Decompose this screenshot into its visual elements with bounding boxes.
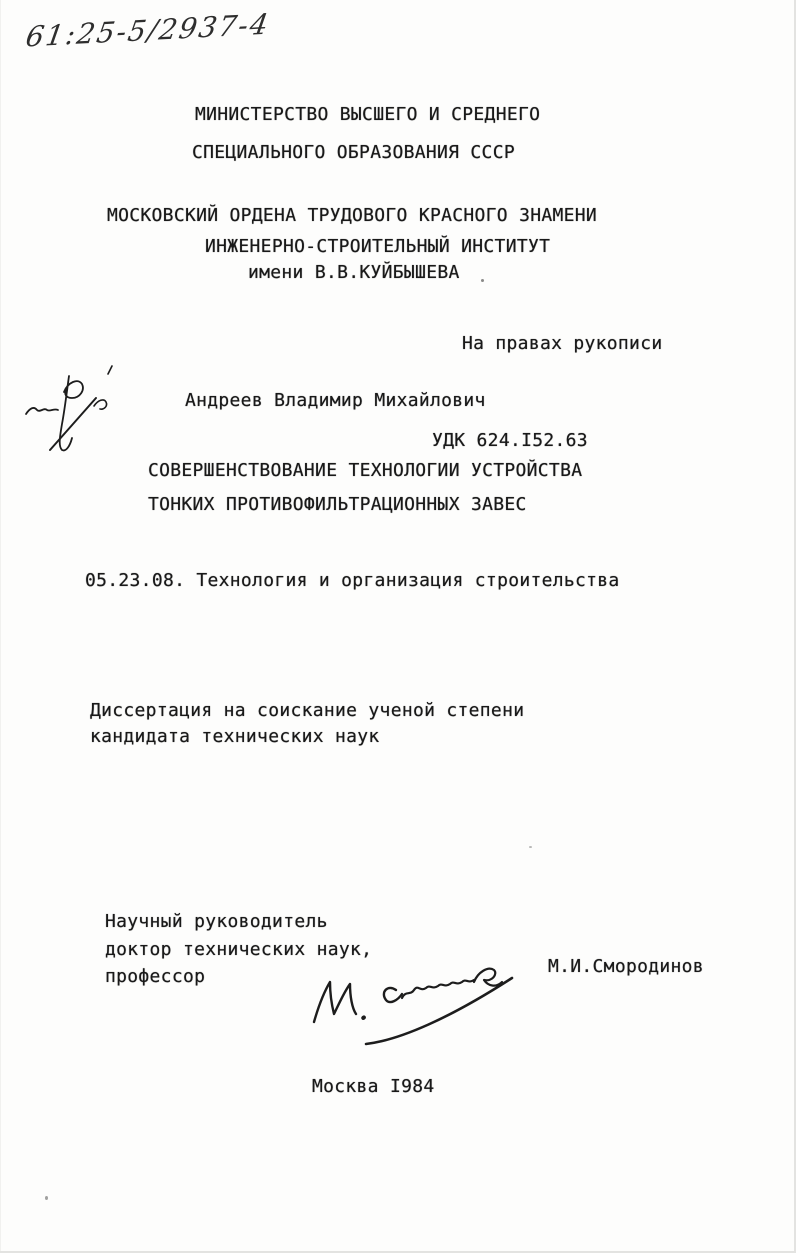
title-line-1: СОВЕРШЕНСТВОВАНИЕ ТЕХНОЛОГИИ УСТРОЙСТВА [148,460,582,482]
author-signature [20,362,130,462]
degree-statement-line-2: кандидата технических наук [90,726,380,748]
ministry-line-2: СПЕЦИАЛЬНОГО ОБРАЗОВАНИЯ СССР [192,142,515,164]
institute-line-1: МОСКОВСКИЙ ОРДЕНА ТРУДОВОГО КРАСНОГО ЗНА… [107,205,597,227]
handwritten-catalog-number: 61:25-5/2937-4 [24,7,273,53]
institute-line-2: ИНЖЕНЕРНО-СТРОИТЕЛЬНЫЙ ИНСТИТУТ [205,236,550,258]
supervisor-line-3: профессор [105,966,205,988]
manuscript-note: На правах рукописи [462,333,662,355]
title-line-2: ТОНКИХ ПРОТИВОФИЛЬТРАЦИОННЫХ ЗАВЕС [148,494,527,516]
scan-speck [529,846,532,848]
scanned-title-page: 61:25-5/2937-4 МИНИСТЕРСТВО ВЫСШЕГО И СР… [0,0,796,1253]
author-name: Андреев Владимир Михайлович [185,390,486,412]
supervisor-name: М.И.Смородинов [548,956,704,978]
udc-code: УДК 624.I52.63 [432,430,588,452]
institute-line-3: имени В.В.КУЙБЫШЕВА [248,262,460,284]
supervisor-line-1: Научный руководитель [105,911,328,933]
scan-speck [45,1196,48,1200]
ministry-line-1: МИНИСТЕРСТВО ВЫСШЕГО И СРЕДНЕГО [195,104,540,126]
imprint-city-year: Москва I984 [312,1076,435,1098]
supervisor-signature [300,948,520,1048]
specialty-line: 05.23.08. Технология и организация строи… [85,570,620,592]
scan-speck [481,279,484,282]
degree-statement-line-1: Диссертация на соискание ученой степени [90,700,524,722]
